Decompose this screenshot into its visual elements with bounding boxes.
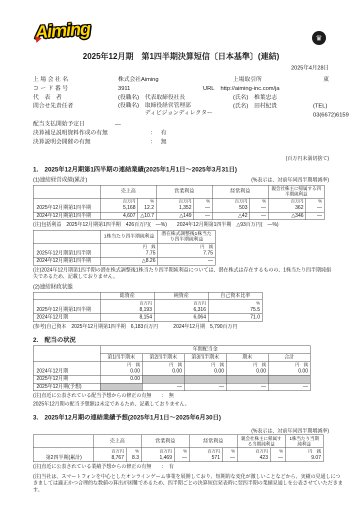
cell-value: ― xyxy=(158,257,216,265)
cell-value: ― xyxy=(268,383,310,391)
cell-value: 9.07 xyxy=(285,454,323,462)
comprehensive-income-note: (注)包括利益 2025年12月期第1四半期 426百万円( ―%) 2024年… xyxy=(33,222,329,229)
dividends-header-q1: 第1四半期末 xyxy=(100,354,142,362)
cell-value: 362 xyxy=(268,205,306,213)
forecast-table: 売上高 営業利益 経常利益 親会社株主に帰属する当期純利益 1株当たり当期純利益… xyxy=(33,435,324,463)
forecast-header-sales: 売上高 xyxy=(93,435,141,448)
row-label: 2024年12月期 xyxy=(33,368,100,376)
cell-value: 503 xyxy=(212,205,250,213)
code-label: コ ー ド 番 号 xyxy=(33,84,118,93)
header: Aiming ♛ xyxy=(33,20,329,49)
company-row-briefing: 決算説明会開催の有無 ： 無 xyxy=(33,138,329,147)
name-label: (氏名) xyxy=(233,94,248,100)
company-row-contact: 問合せ先責任者 (役職名) 取締役経営管理部(役職名) ディビジョンディレクター… xyxy=(33,102,329,120)
cell-value: 7.75 xyxy=(158,250,216,258)
supplement-value: 有 xyxy=(161,129,167,138)
briefing-colon: ： xyxy=(150,138,156,147)
tel-value: 03(6672)6159 xyxy=(313,112,349,118)
results-header-ordinary: 経常利益 xyxy=(212,185,268,198)
name-value: 田村紀貴 xyxy=(254,103,277,109)
cell-value: △149 xyxy=(156,212,194,220)
contact-tel: (TEL) 03(6672)6159 xyxy=(313,102,349,120)
cell-value: 6,316 xyxy=(154,306,208,314)
cell-value: 6,064 xyxy=(154,314,208,322)
cell-value: ― xyxy=(184,383,226,391)
cell-value: 4,607 xyxy=(100,212,138,220)
cell-value: 8,154 xyxy=(100,314,154,322)
company-row-representative: 代 表 者 (役職名) 代表取締役社長 (氏名) 椎葉忠志 xyxy=(33,93,329,102)
contact-title-line1: 取締役経営管理部 xyxy=(145,103,191,109)
company-info: 上 場 会 社 名 株式会社Aiming 上場取引所 東 コ ー ド 番 号 3… xyxy=(33,76,329,147)
results-corner-cell xyxy=(33,185,100,198)
dividends-row-fy2025: 2025年12月期 0.00 xyxy=(33,375,310,383)
forecast-policy-note: (注)当社は、スマートフォンを中心としたオンラインゲーム事業を展開しており、短期… xyxy=(33,473,343,493)
dividends-row-fy2025-forecast: 2025年12月期(予想) ― ― ― ― xyxy=(33,383,310,391)
row-label: 2025年12月期第1四半期 xyxy=(33,306,100,314)
row-label: 2025年12月期(予想) xyxy=(33,383,100,391)
results-header-operating: 営業利益 xyxy=(156,185,212,198)
contact-title-line2: ディビジョンディレクター xyxy=(145,110,213,116)
earnings-report-page: Aiming ♛ 2025年12月期 第1四半期決算短信〔日本基準〕(連結) 2… xyxy=(0,0,362,512)
rounding-note: (百万円未満切捨て) xyxy=(33,154,329,162)
section1-sub2-line: (2)連結財政状態 xyxy=(33,282,329,290)
section1-sub1-line: (1)連結経営成績(累計) (%表示は、対前年同四半期増減率) xyxy=(33,175,329,183)
cell-value: △8.26 xyxy=(100,257,158,265)
eps-header-diluted: 潜在株式調整後1株当たり四半期純利益 xyxy=(158,230,216,243)
cell-not-applicable xyxy=(100,383,142,391)
section1-sub2-title: (2)連結財政状態 xyxy=(33,282,73,290)
eps-note: (注)2024年12月期第1四半期の潜在株式調整後1株当たり四半期純利益について… xyxy=(33,267,333,281)
role-label: (役職名) xyxy=(118,94,139,100)
position-header-row: 総資産 純資産 自己資本比率 xyxy=(33,292,262,300)
cell-value: 5,168 xyxy=(100,205,138,213)
name-label: (氏名) xyxy=(233,103,248,109)
dividends-header-yearend: 期末 xyxy=(226,354,268,362)
results-header-row: 売上高 営業利益 経常利益 親会社株主に帰属する四半期純利益 xyxy=(33,185,324,198)
supplement-colon: ： xyxy=(150,129,156,138)
position-row-fy2024: 2024年12月期 8,154 6,064 71.0 xyxy=(33,314,262,322)
equity-reference-note: (参考)自己資本 2025年12月期第1四半期 6,183百万円 2024年12… xyxy=(33,323,329,330)
cell-value: ― xyxy=(174,454,189,462)
forecast-header-operating: 営業利益 xyxy=(141,435,189,448)
report-date: 2025年4月28日 xyxy=(33,64,329,72)
eps-header-row: 1株当たり四半期純利益 潜在株式調整後1株当たり四半期純利益 xyxy=(33,230,215,243)
representative-label: 代 表 者 xyxy=(33,93,118,102)
section1-pct-note: (%表示は、対前年同四半期増減率) xyxy=(251,175,329,183)
cell-value: ― xyxy=(250,205,269,213)
cell-value: ― xyxy=(142,383,184,391)
contact-title: (役職名) 取締役経営管理部(役職名) ディビジョンディレクター xyxy=(118,102,233,116)
row-label: 2024年12月期 xyxy=(33,314,100,322)
cell-value: ― xyxy=(226,383,268,391)
representative-name: (氏名) 椎葉忠志 xyxy=(233,93,277,102)
section3-pct-note: (%表示は、対前年同四半期増減率) xyxy=(33,427,329,435)
forecast-corner-cell xyxy=(33,435,93,448)
role-label: (役職名) xyxy=(118,103,139,109)
dividends-header-q2: 第2四半期末 xyxy=(142,354,184,362)
cell-value: 0.00 xyxy=(184,368,226,376)
section1-title: 1. 2025年12月期第1四半期の連結業績(2025年1月1日〜2025年3月… xyxy=(33,164,329,173)
cell-value: ― xyxy=(222,454,237,462)
dividends-annual-header-row: 年間配当金 xyxy=(33,346,310,354)
cell-value: ― xyxy=(250,212,269,220)
dividends-header-q3: 第3四半期末 xyxy=(184,354,226,362)
name-value: 椎葉忠志 xyxy=(254,94,277,100)
cell-value: 75.5 xyxy=(208,306,262,314)
company-row-dividend-date: 配当支払開始予定日 ― xyxy=(33,120,329,129)
position-row-fy2025q1: 2025年12月期第1四半期 8,193 6,316 75.5 xyxy=(33,306,262,314)
results-header-sales: 売上高 xyxy=(100,185,156,198)
cell-value: 571 xyxy=(189,454,222,462)
cell-value: 0.00 xyxy=(100,368,142,376)
briefing-value: 無 xyxy=(161,138,167,147)
cell-value: 423 xyxy=(237,454,270,462)
dividend-revision-note: (注)直近に公表されている配当予想からの修正の有無 ： 無 xyxy=(33,393,329,400)
cell-value: 0.00 xyxy=(100,375,142,383)
cell-value: 1,352 xyxy=(156,205,194,213)
position-header-assets: 総資産 xyxy=(100,292,154,300)
listed-name: 株式会社Aiming xyxy=(118,76,233,85)
eps-row-fy2024q1: 2024年12月期第1四半期 △8.26 ― xyxy=(33,257,215,265)
results-table: 売上高 営業利益 経常利益 親会社株主に帰属する四半期純利益 百万円% 百万円%… xyxy=(33,185,325,220)
row-label: 2025年12月期第1四半期 xyxy=(33,205,100,213)
dividends-row-fy2024: 2024年12月期 0.00 0.00 0.00 0.00 0.00 xyxy=(33,368,310,376)
code-value: 3911 xyxy=(118,84,203,93)
cell-value: ― xyxy=(194,205,213,213)
results-row-fy2024q1: 2024年12月期第1四半期 4,607 △10.7 △149 ― △42 ― … xyxy=(33,212,324,220)
dividend-start-label: 配当支払開始予定日 xyxy=(33,120,115,129)
cell-value: △10.7 xyxy=(138,212,157,220)
briefing-label: 決算説明会開催の有無 xyxy=(33,138,150,147)
results-row-fy2025q1: 2025年12月期第1四半期 5,168 12.2 1,352 ― 503 ― … xyxy=(33,205,324,213)
eps-corner-cell xyxy=(33,230,100,243)
emblem-icon: ♛ xyxy=(312,31,326,45)
eps-row-fy2025q1: 2025年12月期第1四半期 7.75 7.75 xyxy=(33,250,215,258)
position-corner-cell xyxy=(33,292,100,300)
forecast-revision-note: (注)直近に公表されている業績予想からの修正の有無 ： 有 xyxy=(33,464,329,471)
results-header-net: 親会社株主に帰属する四半期純利益 xyxy=(268,185,324,198)
eps-table: 1株当たり四半期純利益 潜在株式調整後1株当たり四半期純利益 円 銭 円 銭 2… xyxy=(33,230,216,266)
exchange-value: 東 xyxy=(323,76,329,85)
company-row-code: コ ー ド 番 号 3911 URL http://aiming-inc.com… xyxy=(33,84,329,93)
cell-value: ― xyxy=(306,212,325,220)
page-title: 2025年12月期 第1四半期決算短信〔日本基準〕(連結) xyxy=(33,50,329,62)
cell-value: ― xyxy=(270,454,285,462)
cell-value: 8,767 xyxy=(93,454,126,462)
cell-value: 0.00 xyxy=(268,368,310,376)
cell-value: ― xyxy=(194,212,213,220)
listed-name-label: 上 場 会 社 名 xyxy=(33,76,118,85)
section2-title: 2. 配当の状況 xyxy=(33,335,329,344)
cell-value: △42 xyxy=(212,212,250,220)
dividend-undetermined-note: 2025年12月期の配当予想額は未定であるため、記載しておりません。 xyxy=(33,401,329,408)
cell-value: 1,469 xyxy=(141,454,174,462)
row-label: 2025年12月期第1四半期 xyxy=(33,250,100,258)
cell-value: △346 xyxy=(268,212,306,220)
position-header-equity-ratio: 自己資本比率 xyxy=(208,292,262,300)
eps-header-basic: 1株当たり四半期純利益 xyxy=(100,230,158,243)
company-row-name: 上 場 会 社 名 株式会社Aiming 上場取引所 東 xyxy=(33,76,329,85)
cell-value: 0.00 xyxy=(142,368,184,376)
contact-label: 問合せ先責任者 xyxy=(33,102,118,111)
cell-value: 12.2 xyxy=(138,205,157,213)
row-label: 2024年12月期第1四半期 xyxy=(33,257,100,265)
forecast-header-eps: 1株当たり当期純利益 xyxy=(285,435,323,448)
dividend-start-value: ― xyxy=(115,120,121,129)
cell-not-applicable xyxy=(268,375,310,383)
cell-value: 8,193 xyxy=(100,306,154,314)
company-row-supplement: 決算補足説明資料作成の有無 ： 有 xyxy=(33,129,329,138)
position-header-netassets: 純資産 xyxy=(154,292,208,300)
company-url-link[interactable]: http://aiming-inc.com/ja xyxy=(221,84,280,93)
cell-not-applicable xyxy=(142,375,184,383)
dividends-annual-header: 年間配当金 xyxy=(100,346,310,354)
cell-not-applicable xyxy=(184,375,226,383)
exchange-label: 上場取引所 xyxy=(233,76,262,85)
contact-name: (氏名) 田村紀貴 xyxy=(233,102,313,111)
dividends-header-total: 合計 xyxy=(268,354,310,362)
forecast-header-row: 売上高 営業利益 経常利益 親会社株主に帰属する当期純利益 1株当たり当期純利益 xyxy=(33,435,323,448)
cell-value: 8.3 xyxy=(126,454,141,462)
cell-value: 7.75 xyxy=(100,250,158,258)
forecast-row-h1: 第2四半期(累計) 8,767 8.3 1,469 ― 571 ― 423 ― … xyxy=(33,454,323,462)
row-label: 第2四半期(累計) xyxy=(33,454,93,462)
url-label: URL xyxy=(203,84,215,93)
cell-value: 0.00 xyxy=(226,368,268,376)
dividends-table: 年間配当金 第1四半期末 第2四半期末 第3四半期末 期末 合計 円 銭 円 銭… xyxy=(33,346,311,392)
row-label: 2025年12月期 xyxy=(33,375,100,383)
financial-position-table: 総資産 純資産 自己資本比率 百万円 百万円 % 2025年12月期第1四半期 … xyxy=(33,292,263,322)
dividends-corner-cell xyxy=(33,346,100,362)
role-value: 代表取締役社長 xyxy=(145,94,185,100)
cell-not-applicable xyxy=(226,375,268,383)
section3-title: 3. 2025年12月期の連結業績予想(2025年1月1日〜2025年6月30日… xyxy=(33,413,329,422)
section1-sub1-title: (1)連結経営成績(累計) xyxy=(33,175,87,183)
tel-label: (TEL) xyxy=(313,103,327,109)
cell-value: 71.0 xyxy=(208,314,262,322)
cell-value: ― xyxy=(306,205,325,213)
row-label: 2024年12月期第1四半期 xyxy=(33,212,100,220)
forecast-header-net: 親会社株主に帰属する当期純利益 xyxy=(237,435,285,448)
forecast-header-ordinary: 経常利益 xyxy=(189,435,237,448)
representative-title: (役職名) 代表取締役社長 xyxy=(118,93,233,102)
supplement-label: 決算補足説明資料作成の有無 xyxy=(33,129,150,138)
